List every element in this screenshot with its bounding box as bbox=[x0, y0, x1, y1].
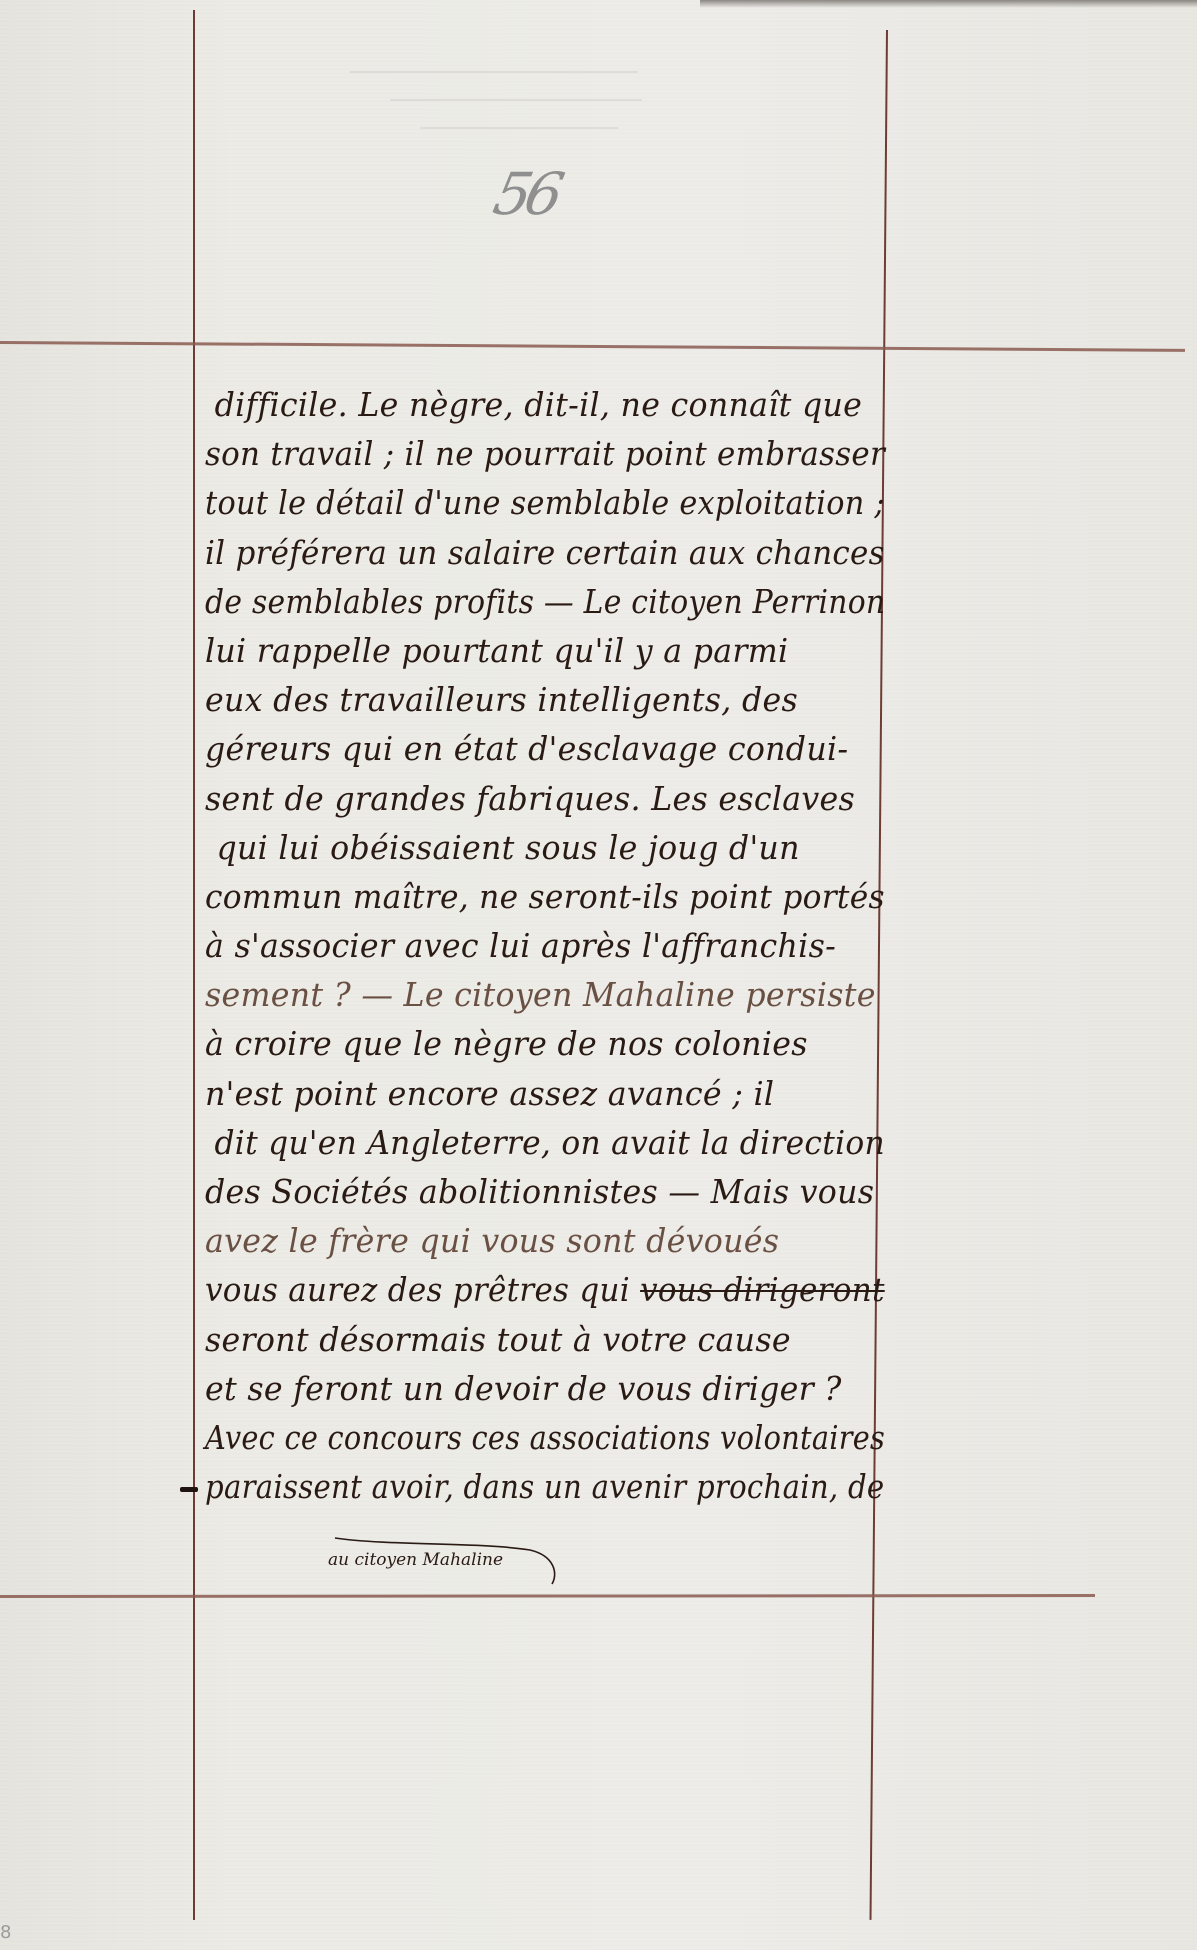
text-line: Avec ce concours ces associations volont… bbox=[205, 1413, 824, 1462]
text-line: tout le détail d'une semblable exploitat… bbox=[205, 478, 857, 527]
margin-dash-mark bbox=[180, 1487, 198, 1492]
text-line: des Sociétés abolitionnistes — Mais vous bbox=[205, 1167, 885, 1216]
text-line: et se feront un devoir de vous diriger ? bbox=[205, 1364, 885, 1413]
text-line: qui lui obéissaient sous le joug d'un bbox=[205, 823, 885, 872]
text-line: à croire que le nègre de nos colonies bbox=[205, 1019, 885, 1068]
bottom-rule bbox=[0, 1594, 1095, 1598]
text-line: avez le frère qui vous sont dévoués bbox=[205, 1216, 885, 1265]
interlinear-annotation: au citoyen Mahaline bbox=[328, 1550, 503, 1570]
text-line: son travail ; il ne pourrait point embra… bbox=[205, 429, 870, 478]
text-line: dit qu'en Angleterre, on avait la direct… bbox=[205, 1118, 878, 1167]
top-rule bbox=[0, 341, 1185, 352]
text-line: seront désormais tout à votre cause bbox=[205, 1315, 885, 1364]
text-line: à s'associer avec lui après l'affranchis… bbox=[205, 921, 885, 970]
text-line: eux des travailleurs intelligents, des bbox=[205, 675, 885, 724]
text-line: il préférera un salaire certain aux chan… bbox=[205, 528, 871, 577]
corner-mark: 8 bbox=[0, 1922, 11, 1943]
text-line: sent de grandes fabriques. Les esclaves bbox=[205, 774, 885, 823]
manuscript-text: difficile. Le nègre, dit-il, ne connaît … bbox=[205, 380, 915, 1511]
page-edge-shadow bbox=[700, 0, 1197, 8]
bleed-through-writing bbox=[350, 45, 710, 165]
text-line: paraissent avoir, dans un avenir prochai… bbox=[205, 1462, 833, 1511]
text-line: lui rappelle pourtant qu'il y a parmi bbox=[205, 626, 885, 675]
text-line: sement ? — Le citoyen Mahaline persiste bbox=[205, 970, 885, 1019]
left-margin-rule bbox=[193, 10, 195, 1920]
text-line: n'est point encore assez avancé ; il bbox=[205, 1069, 885, 1118]
text-line: géreurs qui en état d'esclavage condui- bbox=[205, 724, 885, 773]
text-line: commun maître, ne seront-ils point porté… bbox=[205, 872, 877, 921]
manuscript-page: 56 difficile. Le nègre, dit-il, ne conna… bbox=[0, 0, 1197, 1950]
text-line: de semblables profits — Le citoyen Perri… bbox=[205, 577, 845, 626]
text-line: difficile. Le nègre, dit-il, ne connaît … bbox=[205, 380, 885, 429]
struck-word: vous dirigeront bbox=[640, 1270, 885, 1309]
folio-number: 56 bbox=[488, 160, 564, 228]
text-line: vous aurez des prêtres qui vous dirigero… bbox=[205, 1265, 872, 1314]
